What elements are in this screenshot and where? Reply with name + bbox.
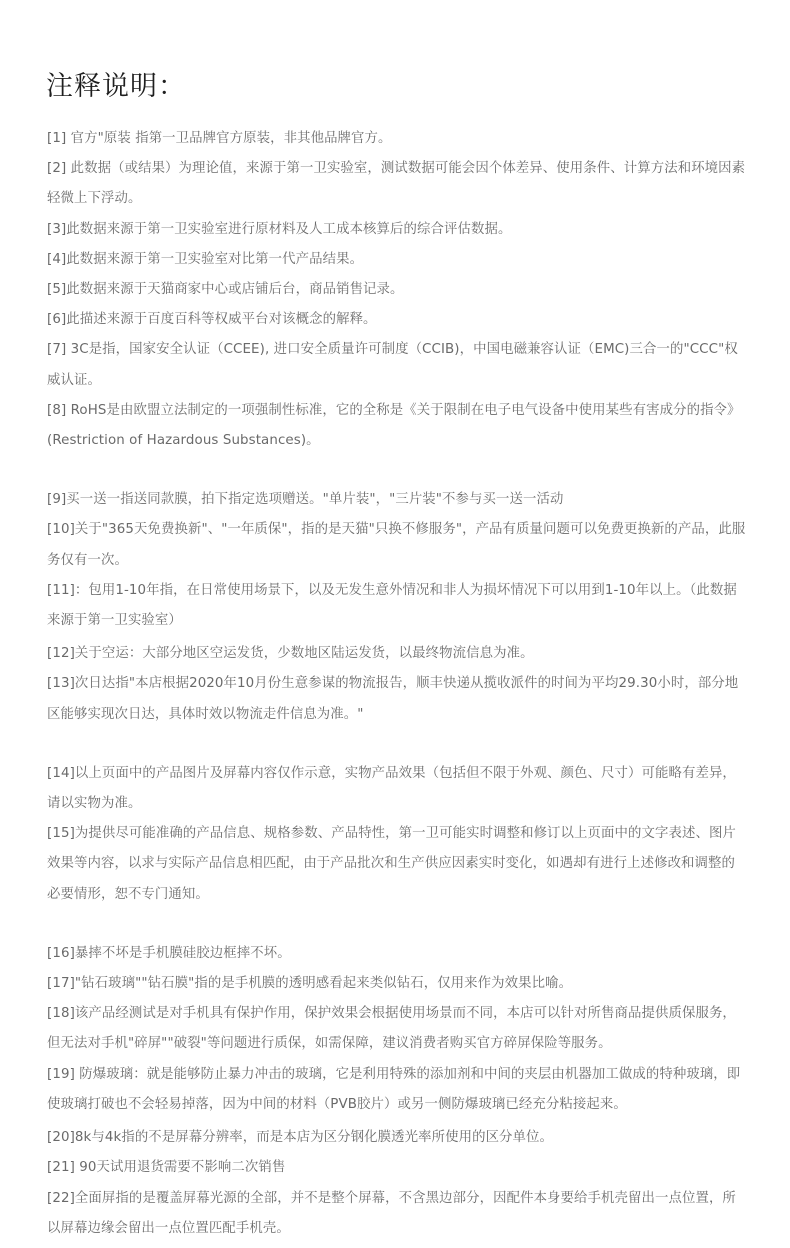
note-1: [1] 官方"原装 指第一卫品牌官方原装，非其他品牌官方。 — [47, 124, 747, 154]
note-8: [8] RoHS是由欧盟立法制定的一项强制性标准，它的全称是《关于限制在电子电气… — [47, 396, 747, 456]
note-3: [3]此数据来源于第一卫实验室进行原材料及人工成本核算后的综合评估数据。 — [47, 215, 747, 245]
note-18: [18]该产品经测试是对手机具有保护作用，保护效果会根据使用场景而不同，本店可以… — [47, 999, 747, 1059]
note-14: [14]以上页面中的产品图片及屏幕内容仅作示意，实物产品效果（包括但不限于外观、… — [47, 759, 747, 819]
note-9: [9]买一送一指送同款膜，拍下指定选项赠送。"单片装"，"三片装"不参与买一送一… — [47, 485, 747, 515]
note-5: [5]此数据来源于天猫商家中心或店铺后台，商品销售记录。 — [47, 275, 747, 305]
note-2: [2] 此数据（或结果）为理论值，来源于第一卫实验室，测试数据可能会因个体差异、… — [47, 154, 747, 214]
note-12: [12]关于空运：大部分地区空运发货，少数地区陆运发货，以最终物流信息为准。 — [47, 639, 747, 669]
note-19: [19] 防爆玻璃：就是能够防止暴力冲击的玻璃，它是利用特殊的添加剂和中间的夹层… — [47, 1060, 747, 1120]
note-17: [17]"钻石玻璃""钻石膜"指的是手机膜的透明感看起来类似钻石，仅用来作为效果… — [47, 969, 747, 999]
notes-list: [1] 官方"原装 指第一卫品牌官方原装，非其他品牌官方。 [2] 此数据（或结… — [47, 124, 747, 1244]
note-21: [21] 90天试用退货需要不影响二次销售 — [47, 1153, 747, 1183]
note-16: [16]暴摔不坏是手机膜硅胶边框摔不坏。 — [47, 939, 747, 969]
note-15: [15]为提供尽可能准确的产品信息、规格参数、产品特性，第一卫可能实时调整和修订… — [47, 819, 747, 910]
note-13: [13]次日达指"本店根据2020年10月份生意参谋的物流报告，顺丰快递从揽收派… — [47, 669, 747, 729]
notes-page: 注释说明： [1] 官方"原装 指第一卫品牌官方原装，非其他品牌官方。 [2] … — [0, 0, 790, 1248]
note-11: [11]：包用1-10年指，在日常使用场景下，以及无发生意外情况和非人为损坏情况… — [47, 576, 747, 636]
note-22: [22]全面屏指的是覆盖屏幕光源的全部，并不是整个屏幕，不含黑边部分，因配件本身… — [47, 1184, 747, 1244]
page-title: 注释说明： — [46, 64, 186, 103]
note-6: [6]此描述来源于百度百科等权威平台对该概念的解释。 — [47, 305, 747, 335]
note-10: [10]关于"365天免费换新"、"一年质保"，指的是天猫"只换不修服务"，产品… — [47, 515, 747, 575]
note-7: [7] 3C是指，国家安全认证（CCEE), 进口安全质量许可制度（CCIB)，… — [47, 335, 747, 395]
note-4: [4]此数据来源于第一卫实验室对比第一代产品结果。 — [47, 245, 747, 275]
note-20: [20]8k与4k指的不是屏幕分辨率，而是本店为区分钢化膜透光率所使用的区分单位… — [47, 1123, 747, 1153]
